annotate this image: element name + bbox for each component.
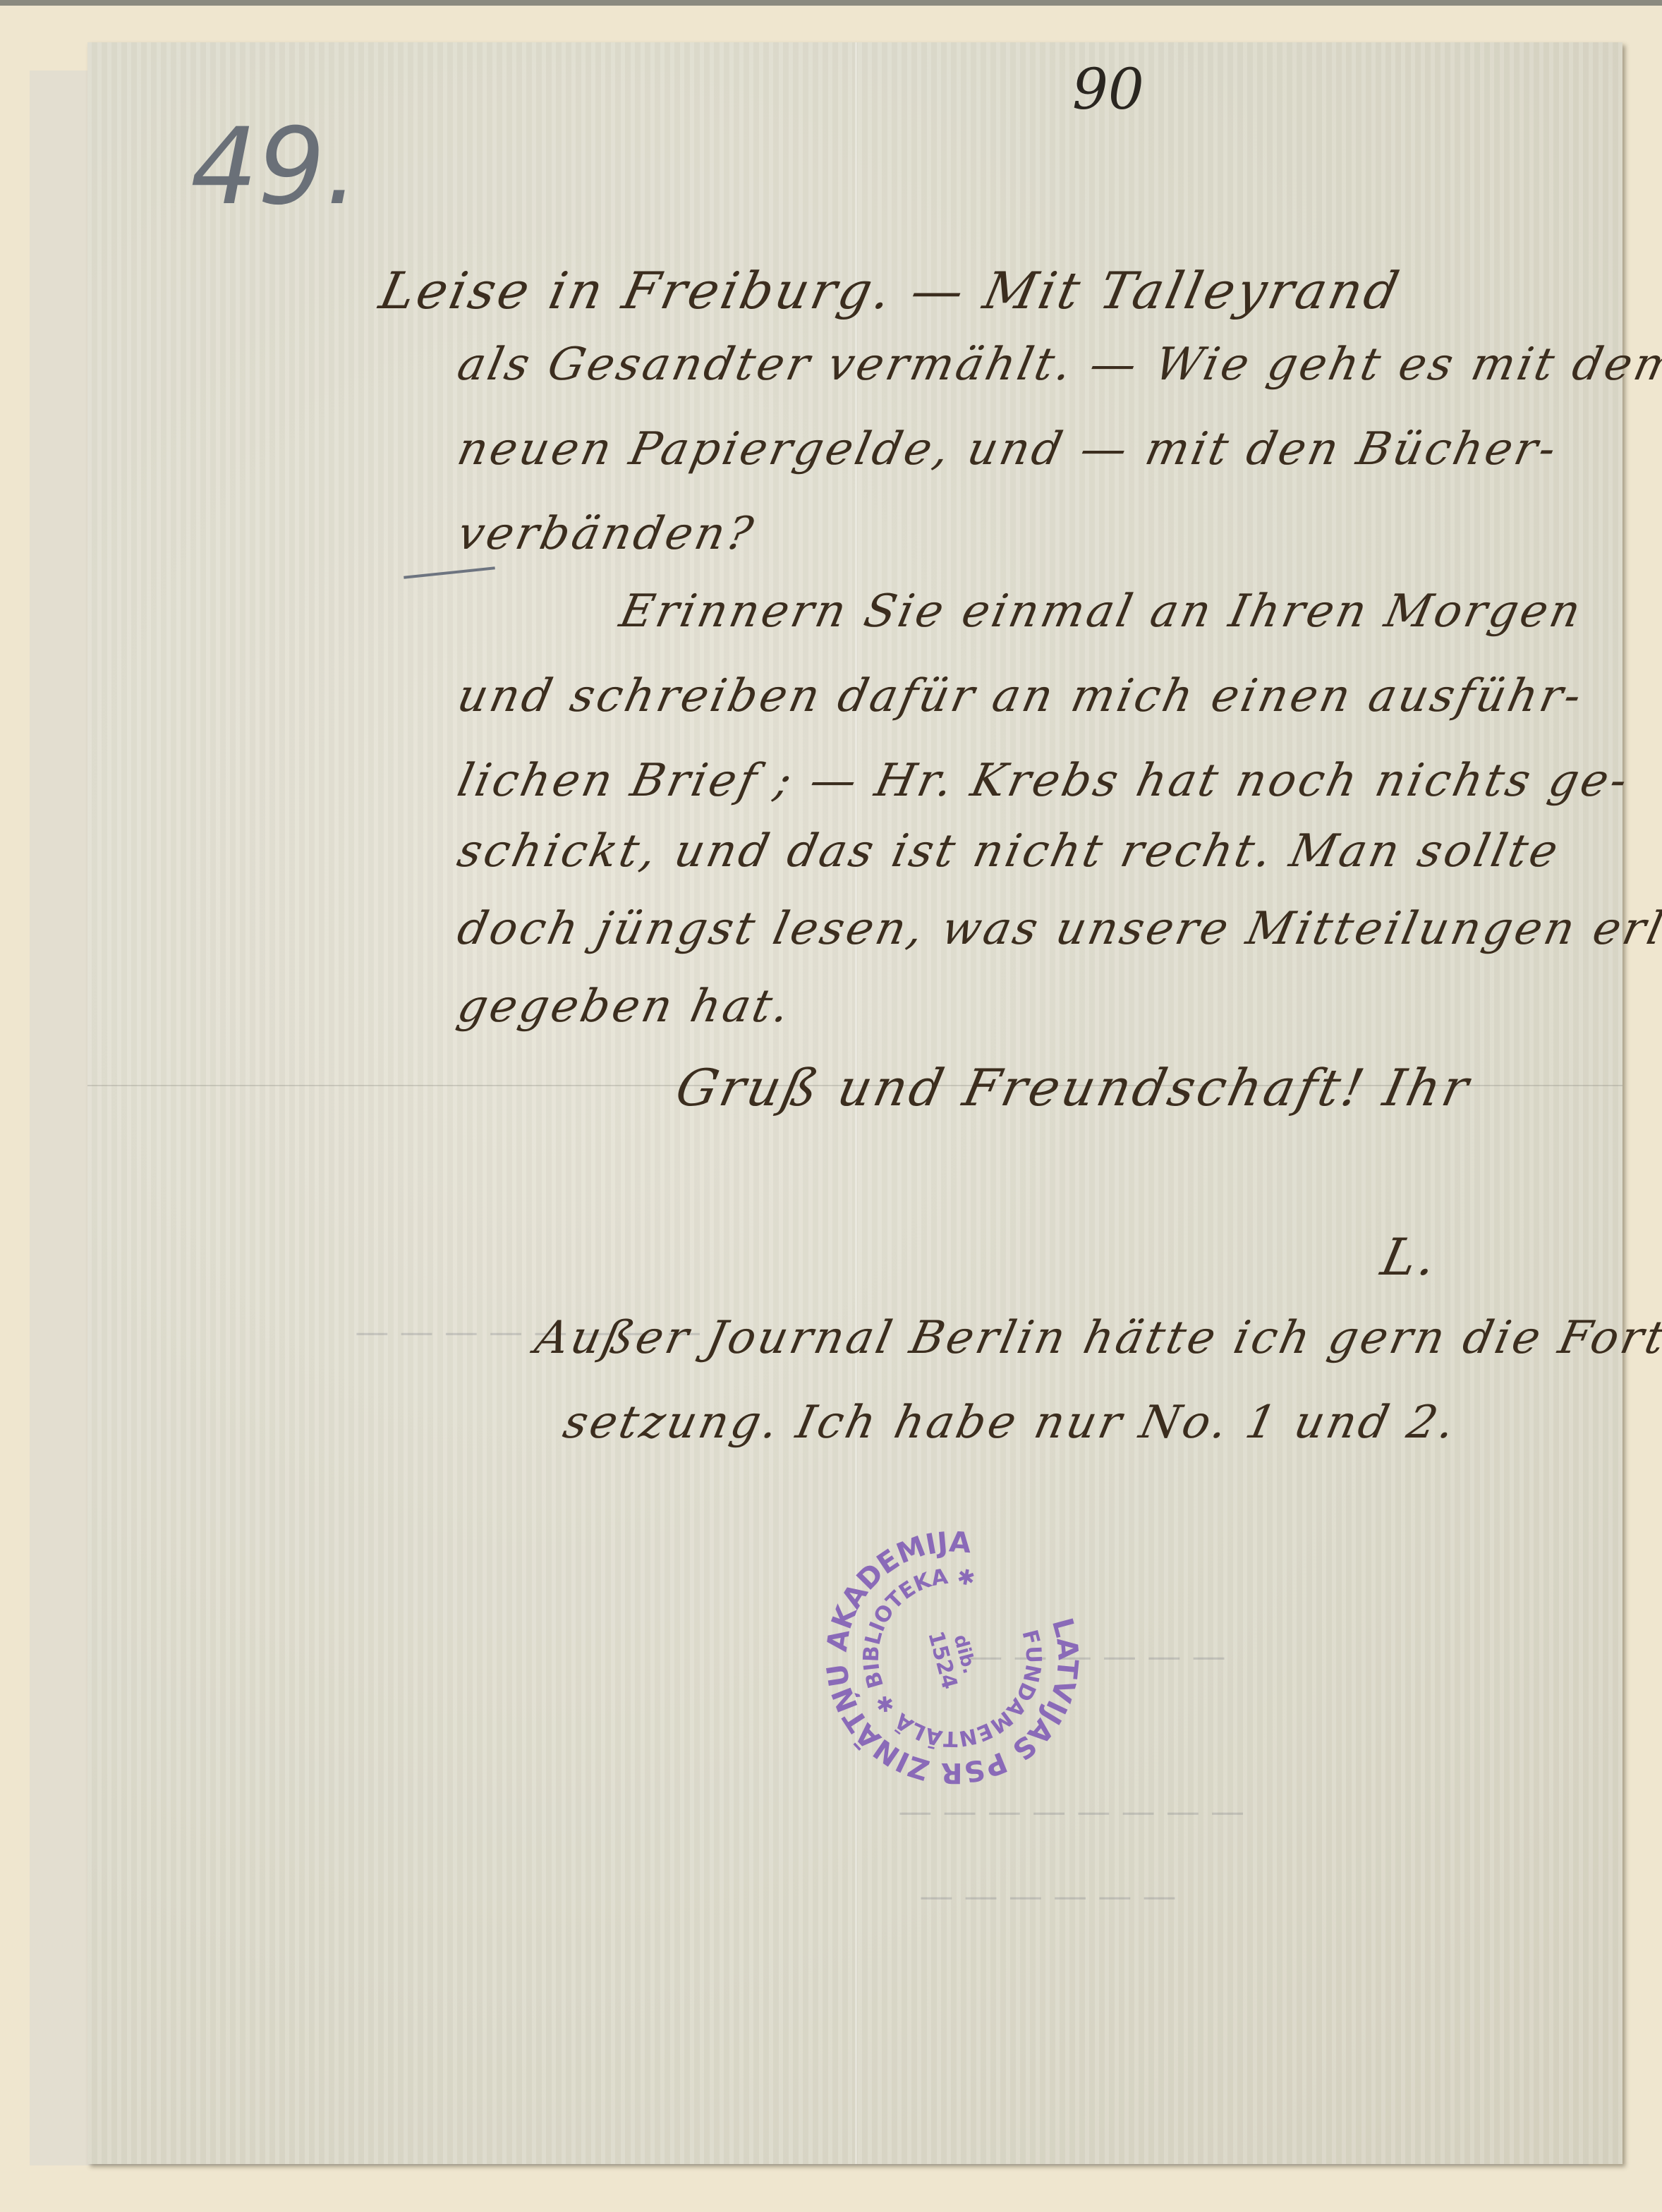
letter-line: als Gesandter vermählt. — Wie geht es mi… [453,339,1662,391]
closing-line: Gruß und Freundschaft! Ihr [671,1058,1476,1117]
letter-line: lichen Brief ; — Hr. Krebs hat noch nich… [453,755,1634,807]
letter-line: und schreiben dafür an mich einen ausfüh… [453,670,1589,722]
bleed-through-text: — — — — — — [916,1876,1181,1916]
letter-line: Erinnern Sie einmal an Ihren Morgen [615,585,1588,638]
postscript-line: Außer Journal Berlin hätte ich gern die … [530,1312,1662,1364]
letter-line: schickt, und das ist nicht recht. Man so… [453,825,1565,877]
letter-line: verbänden? [453,508,760,560]
folio-number: 90 [1072,56,1144,122]
letter-line: doch jüngst lesen, was unsere Mitteilung… [453,903,1662,955]
letter-line: neuen Papiergelde, und — mit den Bücher- [453,423,1563,475]
letter-line: gegeben hat. [453,980,796,1033]
postscript-line: setzung. Ich habe nur No. 1 und 2. [559,1397,1462,1449]
pencil-number: 49. [190,106,359,229]
scanner-edge [0,0,1662,6]
letter-line: Leise in Freiburg. — Mit Talleyrand [375,261,1407,320]
library-stamp: LATVIJAS PSR ZINĀTŅU AKADEMIJA FUNDAMENT… [811,1517,1093,1799]
